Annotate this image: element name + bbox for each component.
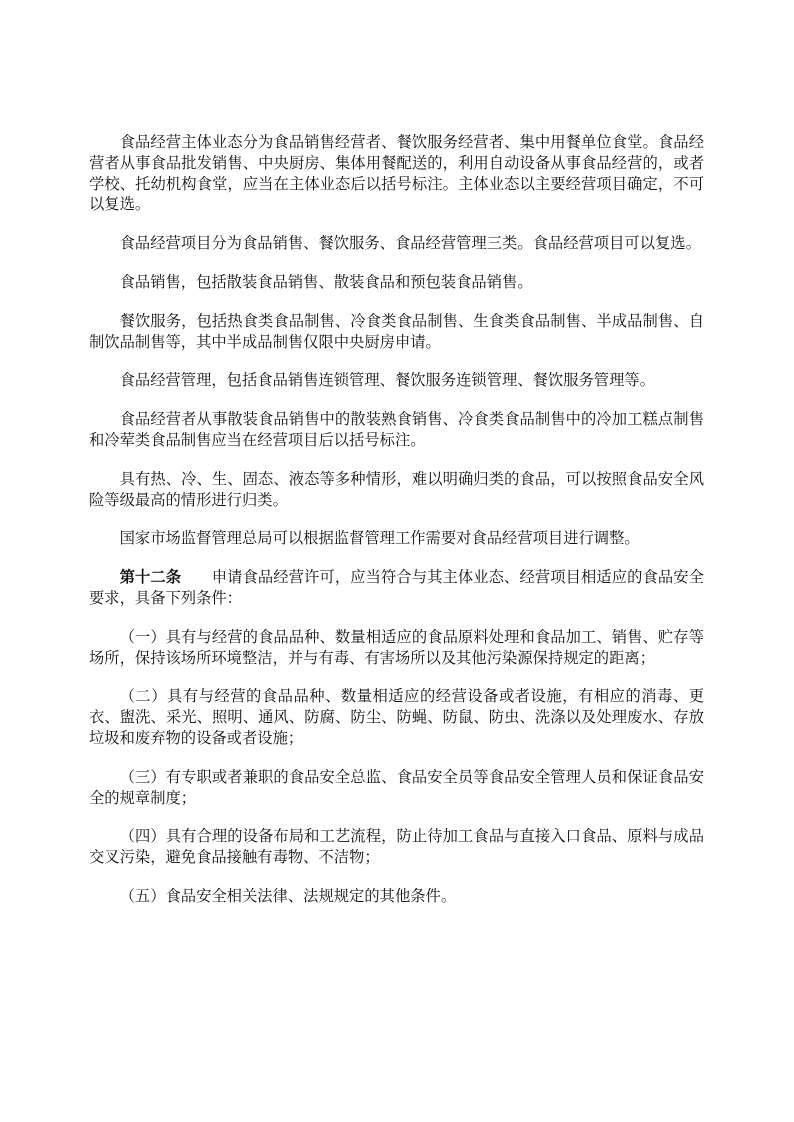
- condition-item: （一）具有与经营的食品品种、数量相适应的食品原料处理和食品加工、销售、贮存等场所…: [89, 628, 704, 670]
- condition-item: （三）有专职或者兼职的食品安全总监、食品安全员等食品安全管理人员和保证食品安全的…: [89, 768, 704, 810]
- body-paragraph: 食品经营主体业态分为食品销售经营者、餐饮服务经营者、集中用餐单位食堂。食品经营者…: [89, 133, 704, 216]
- condition-item: （五）食品安全相关法律、法规规定的其他条件。: [89, 887, 704, 908]
- condition-item: （二）具有与经营的食品品种、数量相适应的经营设备或者设施，有相应的消毒、更衣、盥…: [89, 687, 704, 749]
- body-paragraph: 餐饮服务，包括热食类食品制售、冷食类食品制售、生食类食品制售、半成品制售、自制饮…: [89, 312, 704, 354]
- body-paragraph: 国家市场监督管理总局可以根据监督管理工作需要对食品经营项目进行调整。: [89, 529, 704, 550]
- body-paragraph: 食品经营项目分为食品销售、餐饮服务、食品经营管理三类。食品经营项目可以复选。: [89, 234, 704, 255]
- body-paragraph: 食品经营管理，包括食品销售连锁管理、餐饮服务连锁管理、餐饮服务管理等。: [89, 371, 704, 392]
- body-paragraph: 食品销售，包括散装食品销售、散装食品和预包装食品销售。: [89, 273, 704, 294]
- body-paragraph: 具有热、冷、生、固态、液态等多种情形，难以明确归类的食品，可以按照食品安全风险等…: [89, 470, 704, 512]
- article-number: 第十二条: [120, 569, 182, 586]
- body-paragraph: 食品经营者从事散装食品销售中的散装熟食销售、冷食类食品制售中的冷加工糕点制售和冷…: [89, 410, 704, 452]
- article-12-paragraph: 第十二条申请食品经营许可，应当符合与其主体业态、经营项目相适应的食品安全要求，具…: [89, 568, 704, 610]
- document-page: 食品经营主体业态分为食品销售经营者、餐饮服务经营者、集中用餐单位食堂。食品经营者…: [0, 0, 794, 1122]
- article-text: 申请食品经营许可，应当符合与其主体业态、经营项目相适应的食品安全要求，具备下列条…: [89, 569, 704, 607]
- condition-item: （四）具有合理的设备布局和工艺流程，防止待加工食品与直接入口食品、原料与成品交叉…: [89, 827, 704, 869]
